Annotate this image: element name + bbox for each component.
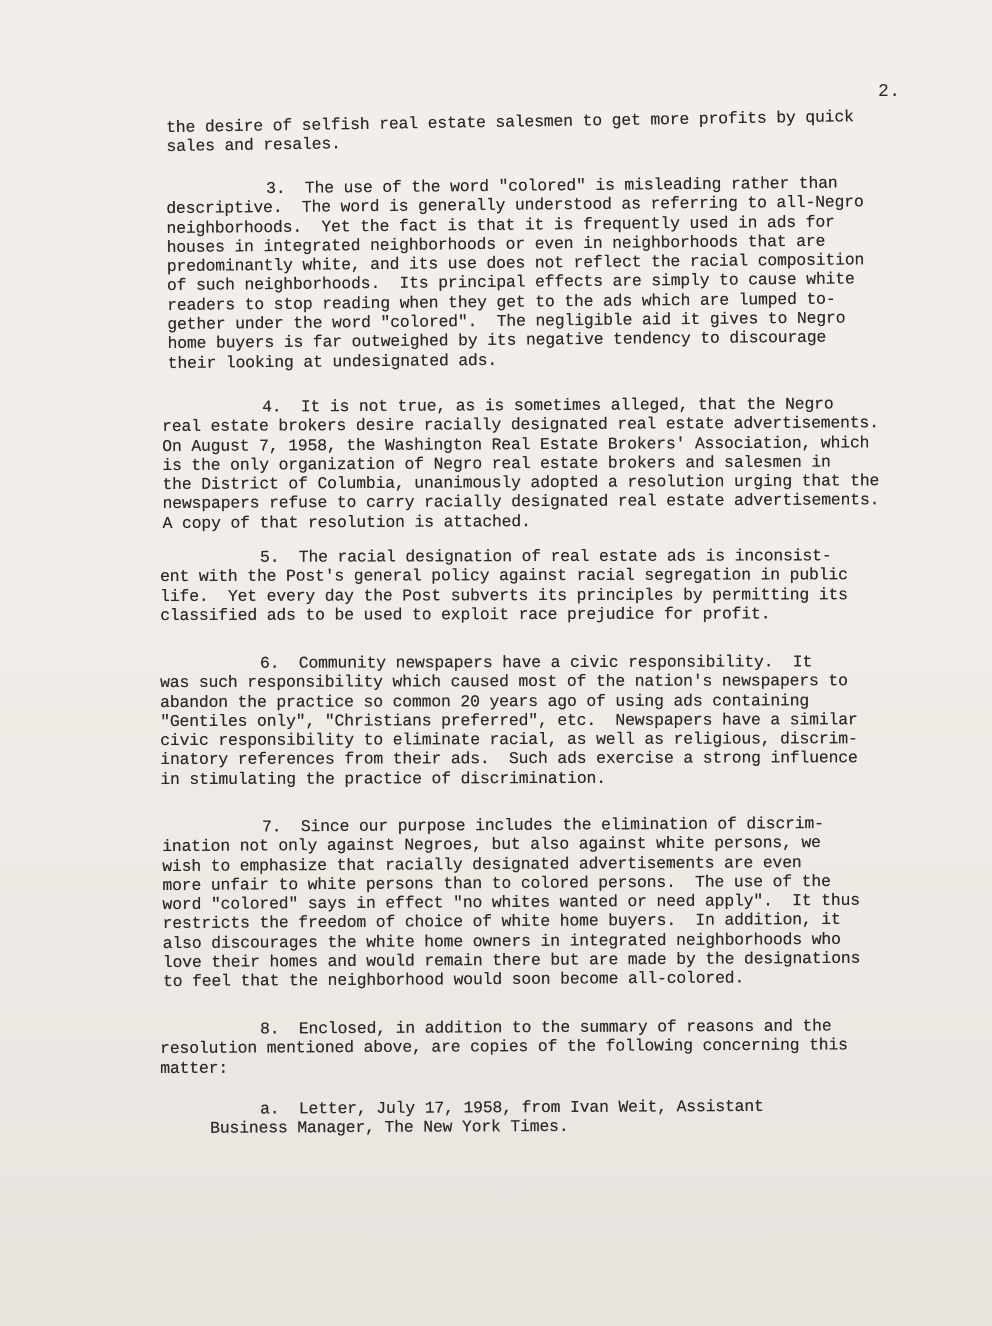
paragraph-text: It is not true, as is sometimes alleged,… [301, 394, 834, 416]
item-number: 3. [266, 179, 286, 198]
paragraph-line: classified ads to be used to exploit rac… [160, 604, 910, 625]
paragraph-line: in stimulating the practice of discrimin… [160, 768, 910, 789]
item-number: 8. [260, 1019, 279, 1038]
paragraph-text: Community newspapers have a civic respon… [299, 652, 812, 672]
paragraph-text: The racial designation of real estate ad… [299, 546, 832, 566]
item-number: 6. [260, 654, 279, 673]
paragraph-text: Enclosed, in addition to the summary of … [299, 1016, 832, 1038]
paragraph-first-line: 6. Community newspapers have a civic res… [160, 652, 910, 673]
paragraph-line: newspapers refuse to carry racially desi… [163, 491, 913, 514]
paragraph-line: matter: [160, 1055, 910, 1078]
paragraph-continuation: the desire of selfish real estate salesm… [166, 106, 917, 156]
paragraph-line: resolution mentioned above, are copies o… [160, 1035, 910, 1058]
item-letter: a. [260, 1099, 279, 1118]
paragraph-text: Letter, July 17, 1958, from Ivan Weit, A… [299, 1097, 764, 1118]
document-page: 2. the desire of selfish real estate sal… [0, 0, 992, 1326]
paragraph-line: to feel that the neighborhood would soon… [163, 968, 913, 992]
item-number: 5. [260, 548, 279, 567]
paragraph-item-4: 4. It is not true, as is sometimes alleg… [162, 394, 913, 533]
paragraph-line: "Gentiles only", "Christians preferred",… [160, 710, 910, 731]
paragraph-item-8: 8. Enclosed, in addition to the summary … [160, 1016, 910, 1078]
item-number: 7. [262, 817, 281, 836]
item-number: 4. [262, 397, 281, 416]
paragraph-line: A copy of that resolution is attached. [163, 510, 913, 533]
paragraph-item-5: 5. The racial designation of real estate… [160, 546, 910, 625]
paragraph-line: Business Manager, The New York Times. [160, 1115, 910, 1138]
paragraph-item-8a: a. Letter, July 17, 1958, from Ivan Weit… [160, 1096, 910, 1139]
paragraph-first-line: 5. The racial designation of real estate… [160, 546, 910, 567]
paragraph-item-7: 7. Since our purpose includes the elimin… [162, 813, 913, 991]
paragraph-line: abandon the practice so common 20 years … [160, 691, 910, 712]
paragraph-line: life. Yet every day the Post subverts it… [160, 585, 910, 606]
paragraph-item-3: 3. The use of the word "colored" is misl… [166, 173, 918, 373]
paragraph-line: ent with the Post's general policy again… [160, 565, 910, 586]
page-number: 2. [878, 82, 901, 102]
paragraph-item-6: 6. Community newspapers have a civic res… [160, 652, 910, 789]
paragraph-line: civic responsibility to eliminate racial… [160, 729, 910, 750]
paragraph-line: inatory references from their ads. Such … [160, 749, 910, 770]
paragraph-line: was such responsibility which caused mos… [160, 671, 910, 692]
